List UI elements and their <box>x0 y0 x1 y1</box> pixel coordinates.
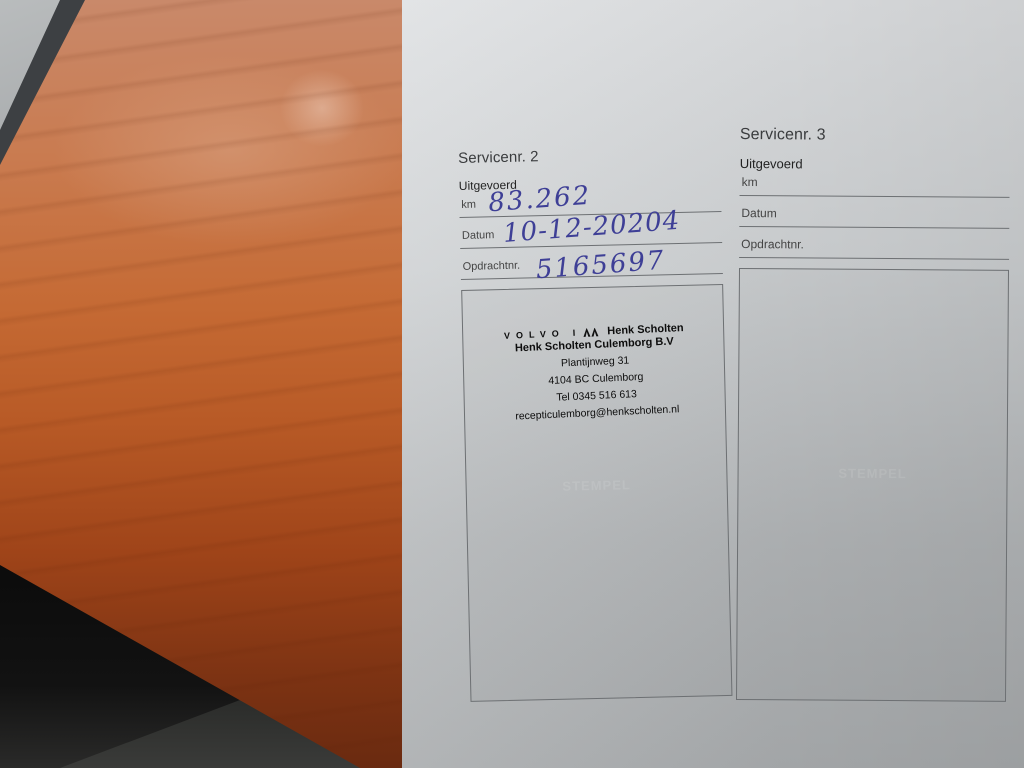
service-booklet-page: Servicenr. 2 Uitgevoerd km 83.262 Datum … <box>402 0 1024 768</box>
stamp-watermark: STEMPEL <box>467 475 727 496</box>
datum-label: Datum <box>462 229 495 242</box>
photo-scene: Servicenr. 2 Uitgevoerd km 83.262 Datum … <box>0 0 1024 768</box>
datum-label: Datum <box>741 206 776 220</box>
henk-scholten-logo-icon <box>583 327 599 337</box>
km-label: km <box>742 175 758 189</box>
service-2-stamp-box: VOLVO I Henk Scholten Henk Scholten Cule… <box>461 284 732 702</box>
service-3-section: Servicenr. 3 Uitgevoerd km Datum Opdrach… <box>736 126 1010 702</box>
service-3-stamp-box: STEMPEL <box>736 268 1009 702</box>
opdrachtnr-label: Opdrachtnr. <box>741 237 804 251</box>
service-3-opdrachtnr-row: Opdrachtnr. <box>739 227 1009 260</box>
service-2-title: Servicenr. 2 <box>458 144 720 167</box>
stamp-watermark: STEMPEL <box>739 465 1007 482</box>
service-2-opdrachtnr-row: Opdrachtnr. 5165697 <box>460 243 723 280</box>
service-3-km-row: km <box>740 171 1010 198</box>
km-label: km <box>461 199 476 211</box>
service-3-title: Servicenr. 3 <box>740 126 1010 146</box>
service-3-datum-row: Datum <box>739 196 1009 229</box>
opdrachtnr-label: Opdrachtnr. <box>463 260 521 273</box>
opdrachtnr-handwritten-value: 5165697 <box>535 246 667 286</box>
dealer-stamp: VOLVO I Henk Scholten Henk Scholten Cule… <box>476 321 715 424</box>
service-2-section: Servicenr. 2 Uitgevoerd km 83.262 Datum … <box>458 144 732 702</box>
volvo-wordmark: VOLVO <box>504 328 565 341</box>
stamp-separator: I <box>573 328 576 338</box>
